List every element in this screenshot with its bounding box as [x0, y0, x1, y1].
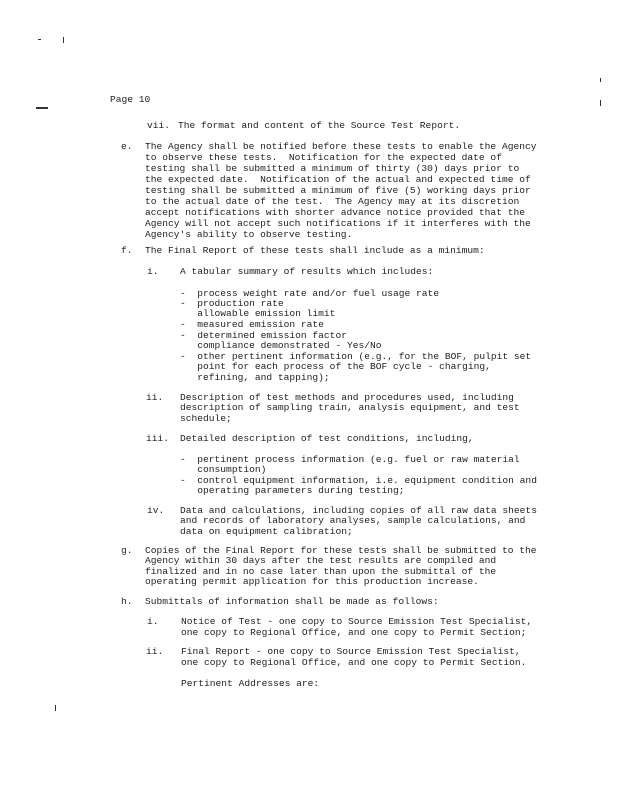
list-item: refining, and tapping);	[180, 373, 330, 383]
text-line: testing shall be submitted a minimum of …	[145, 164, 519, 174]
item-f-iii-marker: iii.	[146, 434, 169, 444]
item-vii-text: The format and content of the Source Tes…	[178, 121, 460, 131]
text-line: description of sampling train, analysis …	[180, 403, 520, 413]
text-line: Notice of Test - one copy to Source Emis…	[181, 617, 532, 627]
scan-artifact	[63, 37, 64, 43]
scan-artifact	[600, 100, 601, 106]
text-line: accept notifications with shorter advanc…	[145, 208, 525, 218]
text-line: operating permit application for this pr…	[145, 577, 479, 587]
text-line: Agency's ability to observe testing.	[145, 230, 352, 240]
item-vii-marker: vii.	[147, 121, 170, 131]
scan-artifact	[55, 705, 56, 711]
item-e-marker: e.	[121, 142, 133, 152]
item-g-marker: g.	[121, 546, 133, 556]
text-line: to the actual date of the test. The Agen…	[145, 197, 519, 207]
text-line: testing shall be submitted a minimum of …	[145, 186, 531, 196]
text-line: The Agency shall be notified before thes…	[145, 142, 537, 152]
text-line: Agency within 30 days after the test res…	[145, 556, 496, 566]
text-line: to observe these tests. Notification for…	[145, 153, 502, 163]
item-h-text: Submittals of information shall be made …	[145, 597, 439, 607]
text-line: one copy to Regional Office, and one cop…	[181, 658, 526, 668]
addresses-label: Pertinent Addresses are:	[181, 679, 319, 689]
list-item: operating parameters during testing;	[180, 486, 405, 496]
item-h-i-marker: i.	[147, 617, 159, 627]
item-h-marker: h.	[121, 597, 133, 607]
text-line: data on equipment calibration;	[180, 527, 353, 537]
item-f-i-text: A tabular summary of results which inclu…	[180, 267, 433, 277]
list-item: allowable emission limit	[180, 309, 335, 319]
list-item: point for each process of the BOF cycle …	[180, 362, 491, 372]
scan-artifact	[36, 107, 48, 109]
text-line: the expected date. Notification of the a…	[145, 175, 531, 185]
scan-artifact	[600, 78, 601, 82]
page-number: Page 10	[110, 95, 150, 105]
item-f-iv-marker: iv.	[147, 506, 164, 516]
text-line: one copy to Regional Office, and one cop…	[181, 628, 526, 638]
list-item: consumption)	[180, 465, 266, 475]
item-f-iii-text: Detailed description of test conditions,…	[180, 434, 474, 444]
scan-artifact	[38, 39, 41, 40]
item-f-marker: f.	[121, 246, 133, 256]
item-f-ii-marker: ii.	[146, 393, 163, 403]
item-h-ii-marker: ii.	[146, 647, 163, 657]
list-item: compliance demonstrated - Yes/No	[180, 341, 382, 351]
text-line: and records of laboratory analyses, samp…	[180, 516, 525, 526]
item-f-i-marker: i.	[147, 267, 159, 277]
text-line: schedule;	[180, 414, 232, 424]
item-f-text: The Final Report of these tests shall in…	[145, 246, 485, 256]
list-item: - measured emission rate	[180, 320, 324, 330]
text-line: Agency will not accept such notification…	[145, 219, 531, 229]
text-line: Final Report - one copy to Source Emissi…	[181, 647, 521, 657]
